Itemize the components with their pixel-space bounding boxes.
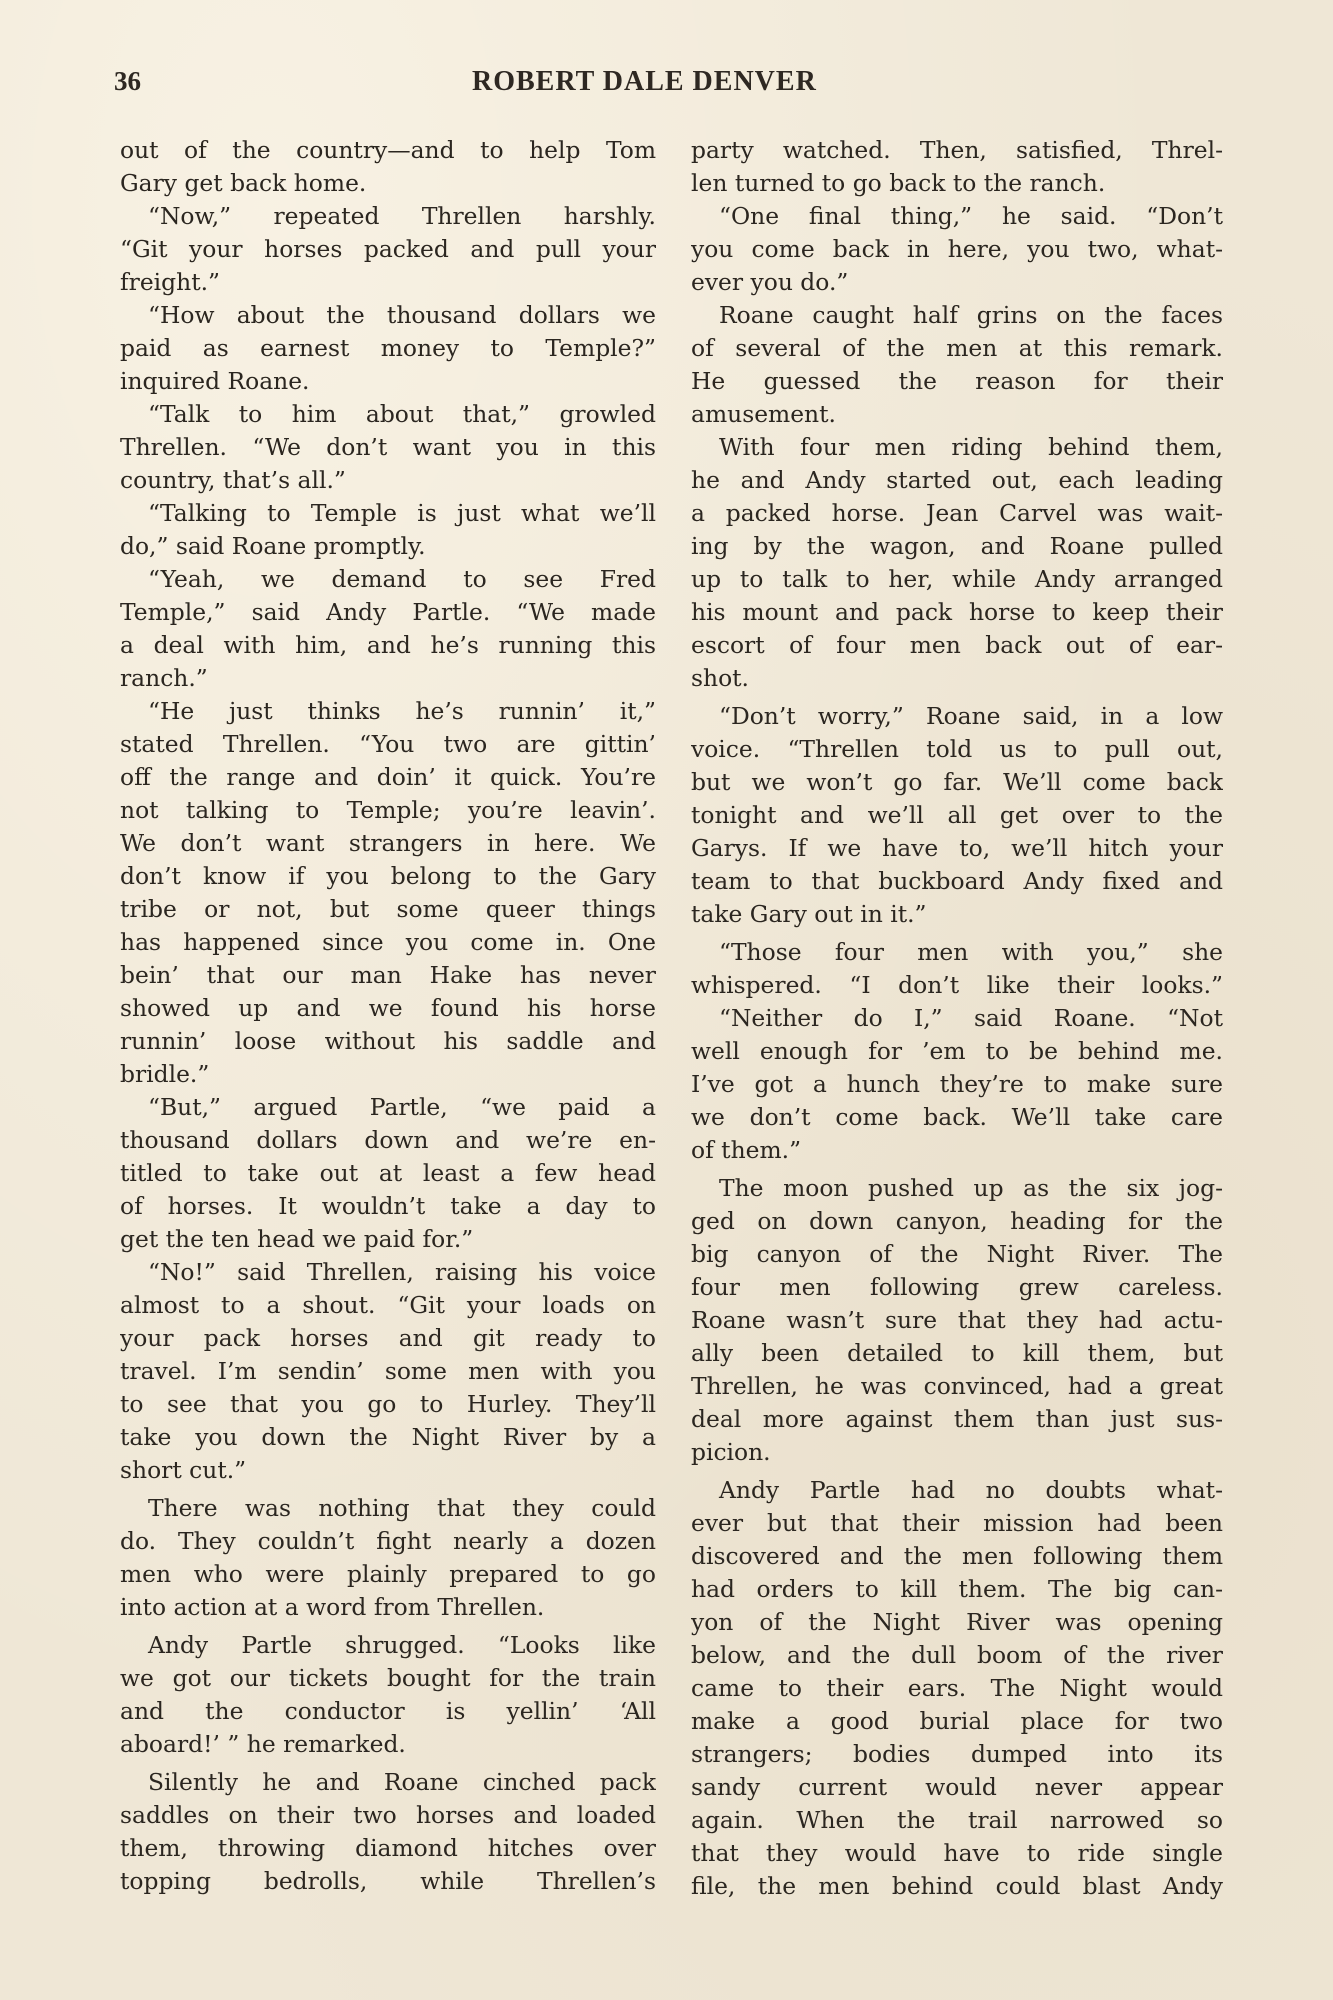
text-line-content: do. They couldn’t fight nearly a dozen xyxy=(120,1525,656,1558)
text-line-content: ally been detailed to kill them, but xyxy=(691,1337,1223,1370)
text-line-content: There was nothing that they could xyxy=(148,1492,656,1525)
text-line-content: strangers; bodies dumped into its xyxy=(691,1738,1223,1771)
text-line-content: thousand dollars down and we’re en- xyxy=(120,1124,656,1157)
text-line-content: inquired Roane. xyxy=(120,365,656,398)
text-line-content: len turned to go back to the ranch. xyxy=(691,167,1223,200)
text-line: men who were plainly prepared to go xyxy=(120,1558,656,1591)
text-line: titled to take out at least a few head xyxy=(120,1157,656,1190)
text-line: travel. I’m sendin’ some men with you xyxy=(120,1355,656,1388)
text-line-content: picion. xyxy=(691,1436,1223,1469)
text-line: don’t know if you belong to the Gary xyxy=(120,860,656,893)
page-number: 36 xyxy=(114,66,141,97)
text-line: Andy Partle shrugged. “Looks like xyxy=(120,1629,656,1662)
text-line: stated Threllen. “You two are gittin’ xyxy=(120,728,656,761)
text-line: bridle.” xyxy=(120,1058,656,1091)
text-line-content: bridle.” xyxy=(120,1058,656,1091)
text-line-content: “No!” said Threllen, raising his voice xyxy=(148,1256,656,1289)
text-line: sandy current would never appear xyxy=(691,1771,1223,1804)
text-line: ranch.” xyxy=(120,662,656,695)
text-line: yon of the Night River was opening xyxy=(691,1606,1223,1639)
running-header: 36 ROBERT DALE DENVER xyxy=(114,66,874,102)
text-line: runnin’ loose without his saddle and xyxy=(120,1025,656,1058)
text-line-content: of them.” xyxy=(691,1134,1223,1167)
text-line-content: country, that’s all.” xyxy=(120,464,656,497)
text-line-content: not talking to Temple; you’re leavin’. xyxy=(120,794,656,827)
text-line: them, throwing diamond hitches over xyxy=(120,1832,656,1865)
text-line-content: ranch.” xyxy=(120,662,656,695)
book-page: 36 ROBERT DALE DENVER out of the country… xyxy=(0,0,1333,2000)
text-line-content: travel. I’m sendin’ some men with you xyxy=(120,1355,656,1388)
text-line-content: “Neither do I,” said Roane. “Not xyxy=(719,1002,1223,1035)
text-line-content: he and Andy started out, each leading xyxy=(691,464,1223,497)
text-line-content: “Git your horses packed and pull your xyxy=(120,233,656,266)
text-line: file, the men behind could blast Andy xyxy=(691,1870,1223,1903)
text-line: well enough for ’em to be behind me. xyxy=(691,1035,1223,1068)
text-line-content: almost to a shout. “Git your loads on xyxy=(120,1289,656,1322)
text-line: topping bedrolls, while Threllen’s xyxy=(120,1865,656,1898)
text-line: get the ten head we paid for.” xyxy=(120,1223,656,1256)
text-line: off the range and doin’ it quick. You’re xyxy=(120,761,656,794)
text-line: Roane caught half grins on the faces xyxy=(691,299,1223,332)
text-line: “Yeah, we demand to see Fred xyxy=(120,563,656,596)
text-line-content: you come back in here, you two, what- xyxy=(691,233,1223,266)
text-line-content: With four men riding behind them, xyxy=(719,431,1223,464)
text-line: “Talking to Temple is just what we’ll xyxy=(120,497,656,530)
text-line: Andy Partle had no doubts what- xyxy=(691,1474,1223,1507)
text-line: Roane wasn’t sure that they had actu- xyxy=(691,1304,1223,1337)
text-line-content: I’ve got a hunch they’re to make sure xyxy=(691,1068,1223,1101)
text-line-content: “How about the thousand dollars we xyxy=(148,299,656,332)
text-line: aboard!’ ” he remarked. xyxy=(120,1728,656,1761)
text-line-content: yon of the Night River was opening xyxy=(691,1606,1223,1639)
text-line-content: a packed horse. Jean Carvel was wait- xyxy=(691,497,1223,530)
text-line: ged on down canyon, heading for the xyxy=(691,1205,1223,1238)
text-line-content: four men following grew careless. xyxy=(691,1271,1223,1304)
text-line-content: tonight and we’ll all get over to the xyxy=(691,799,1223,832)
text-line: has happened since you come in. One xyxy=(120,926,656,959)
text-line-content: voice. “Threllen told us to pull out, xyxy=(691,733,1223,766)
text-line-content: take Gary out in it.” xyxy=(691,898,1223,931)
text-line-content: “He just thinks he’s runnin’ it,” xyxy=(148,695,656,728)
text-line-content: do,” said Roane promptly. xyxy=(120,530,656,563)
text-line-content: “Talking to Temple is just what we’ll xyxy=(148,497,656,530)
text-line: “Now,” repeated Threllen harshly. xyxy=(120,200,656,233)
text-line: four men following grew careless. xyxy=(691,1271,1223,1304)
text-line: of several of the men at this remark. xyxy=(691,332,1223,365)
text-line-content: team to that buckboard Andy fixed and xyxy=(691,865,1223,898)
text-line: “Git your horses packed and pull your xyxy=(120,233,656,266)
text-line: and the conductor is yellin’ ‘All xyxy=(120,1695,656,1728)
text-line: tonight and we’ll all get over to the xyxy=(691,799,1223,832)
text-line: his mount and pack horse to keep their xyxy=(691,596,1223,629)
text-line: deal more against them than just sus- xyxy=(691,1403,1223,1436)
text-line-content: a deal with him, and he’s running this xyxy=(120,629,656,662)
text-line-content: his mount and pack horse to keep their xyxy=(691,596,1223,629)
text-line-content: bein’ that our man Hake has never xyxy=(120,959,656,992)
text-line: out of the country—and to help Tom xyxy=(120,134,656,167)
text-line-content: shot. xyxy=(691,662,1223,695)
text-line-content: take you down the Night River by a xyxy=(120,1421,656,1454)
text-line: Temple,” said Andy Partle. “We made xyxy=(120,596,656,629)
text-line-content: up to talk to her, while Andy arranged xyxy=(691,563,1223,596)
text-line: to see that you go to Hurley. They’ll xyxy=(120,1388,656,1421)
text-line-content: that they would have to ride single xyxy=(691,1837,1223,1870)
text-line-content: of horses. It wouldn’t take a day to xyxy=(120,1190,656,1223)
text-line-content: “One final thing,” he said. “Don’t xyxy=(719,200,1223,233)
text-line: Silently he and Roane cinched pack xyxy=(120,1766,656,1799)
text-line: team to that buckboard Andy fixed and xyxy=(691,865,1223,898)
text-line-content: topping bedrolls, while Threllen’s xyxy=(120,1865,656,1898)
text-line-content: below, and the dull boom of the river xyxy=(691,1639,1223,1672)
text-line-content: Roane wasn’t sure that they had actu- xyxy=(691,1304,1223,1337)
text-line: we got our tickets bought for the train xyxy=(120,1662,656,1695)
text-line: “He just thinks he’s runnin’ it,” xyxy=(120,695,656,728)
text-line-content: The moon pushed up as the six jog- xyxy=(719,1172,1223,1205)
text-line: party watched. Then, satisfied, Threl- xyxy=(691,134,1223,167)
text-line: short cut.” xyxy=(120,1454,656,1487)
text-line: ally been detailed to kill them, but xyxy=(691,1337,1223,1370)
text-line-content: He guessed the reason for their xyxy=(691,365,1223,398)
text-line-content: into action at a word from Threllen. xyxy=(120,1591,656,1624)
text-line-content: of several of the men at this remark. xyxy=(691,332,1223,365)
text-line: paid as earnest money to Temple?” xyxy=(120,332,656,365)
text-line: ever but that their mission had been xyxy=(691,1507,1223,1540)
text-line-content: file, the men behind could blast Andy xyxy=(691,1870,1223,1903)
text-line-content: make a good burial place for two xyxy=(691,1705,1223,1738)
left-text-column: out of the country—and to help TomGary g… xyxy=(120,134,656,1898)
text-line-content: paid as earnest money to Temple?” xyxy=(120,332,656,365)
text-line: “Neither do I,” said Roane. “Not xyxy=(691,1002,1223,1035)
text-line-content: “Don’t worry,” Roane said, in a low xyxy=(719,700,1223,733)
text-line: With four men riding behind them, xyxy=(691,431,1223,464)
text-line-content: your pack horses and git ready to xyxy=(120,1322,656,1355)
text-line: ing by the wagon, and Roane pulled xyxy=(691,530,1223,563)
right-text-column: party watched. Then, satisfied, Threl-le… xyxy=(691,134,1223,1903)
text-line: “Talk to him about that,” growled xyxy=(120,398,656,431)
text-line: saddles on their two horses and loaded xyxy=(120,1799,656,1832)
text-line: “One final thing,” he said. “Don’t xyxy=(691,200,1223,233)
text-line-content: short cut.” xyxy=(120,1454,656,1487)
text-line: Threllen, he was convinced, had a great xyxy=(691,1370,1223,1403)
text-line: amusement. xyxy=(691,398,1223,431)
text-line-content: but we won’t go far. We’ll come back xyxy=(691,766,1223,799)
text-line: strangers; bodies dumped into its xyxy=(691,1738,1223,1771)
text-line: again. When the trail narrowed so xyxy=(691,1804,1223,1837)
text-line-content: ing by the wagon, and Roane pulled xyxy=(691,530,1223,563)
text-line: your pack horses and git ready to xyxy=(120,1322,656,1355)
text-line-content: discovered and the men following them xyxy=(691,1540,1223,1573)
text-line-content: Andy Partle had no doubts what- xyxy=(719,1474,1223,1507)
text-line-content: aboard!’ ” he remarked. xyxy=(120,1728,656,1761)
text-line-content: we got our tickets bought for the train xyxy=(120,1662,656,1695)
text-line-content: whispered. “I don’t like their looks.” xyxy=(691,969,1223,1002)
text-line-content: and the conductor is yellin’ ‘All xyxy=(120,1695,656,1728)
text-line-content: ever but that their mission had been xyxy=(691,1507,1223,1540)
text-line-content: “Talk to him about that,” growled xyxy=(148,398,656,431)
text-line: “No!” said Threllen, raising his voice xyxy=(120,1256,656,1289)
text-line-content: Silently he and Roane cinched pack xyxy=(148,1766,656,1799)
text-line-content: saddles on their two horses and loaded xyxy=(120,1799,656,1832)
text-line-content: big canyon of the Night River. The xyxy=(691,1238,1223,1271)
text-line-content: ever you do.” xyxy=(691,266,1223,299)
text-line: of them.” xyxy=(691,1134,1223,1167)
text-line: a packed horse. Jean Carvel was wait- xyxy=(691,497,1223,530)
text-line: Gary get back home. xyxy=(120,167,656,200)
text-line: do,” said Roane promptly. xyxy=(120,530,656,563)
text-line: country, that’s all.” xyxy=(120,464,656,497)
text-line: escort of four men back out of ear- xyxy=(691,629,1223,662)
text-line-content: men who were plainly prepared to go xyxy=(120,1558,656,1591)
text-line: There was nothing that they could xyxy=(120,1492,656,1525)
text-line-content: freight.” xyxy=(120,266,656,299)
text-line: not talking to Temple; you’re leavin’. xyxy=(120,794,656,827)
text-line-content: came to their ears. The Night would xyxy=(691,1672,1223,1705)
text-line: take you down the Night River by a xyxy=(120,1421,656,1454)
text-line-content: We don’t want strangers in here. We xyxy=(120,827,656,860)
text-line: I’ve got a hunch they’re to make sure xyxy=(691,1068,1223,1101)
text-line: picion. xyxy=(691,1436,1223,1469)
text-line-content: stated Threllen. “You two are gittin’ xyxy=(120,728,656,761)
text-line: showed up and we found his horse xyxy=(120,992,656,1025)
text-line: inquired Roane. xyxy=(120,365,656,398)
text-line-content: to see that you go to Hurley. They’ll xyxy=(120,1388,656,1421)
text-line-content: again. When the trail narrowed so xyxy=(691,1804,1223,1837)
text-line: but we won’t go far. We’ll come back xyxy=(691,766,1223,799)
text-line-content: party watched. Then, satisfied, Threl- xyxy=(691,134,1223,167)
text-line: had orders to kill them. The big can- xyxy=(691,1573,1223,1606)
text-line-content: Andy Partle shrugged. “Looks like xyxy=(148,1629,656,1662)
text-line: we don’t come back. We’ll take care xyxy=(691,1101,1223,1134)
text-line: almost to a shout. “Git your loads on xyxy=(120,1289,656,1322)
text-line-content: Roane caught half grins on the faces xyxy=(719,299,1223,332)
text-line-content: runnin’ loose without his saddle and xyxy=(120,1025,656,1058)
text-line: make a good burial place for two xyxy=(691,1705,1223,1738)
text-line-content: out of the country—and to help Tom xyxy=(120,134,656,167)
text-line: “How about the thousand dollars we xyxy=(120,299,656,332)
text-line: Garys. If we have to, we’ll hitch your xyxy=(691,832,1223,865)
text-line: that they would have to ride single xyxy=(691,1837,1223,1870)
running-title: ROBERT DALE DENVER xyxy=(472,66,817,98)
text-line-content: “Yeah, we demand to see Fred xyxy=(148,563,656,596)
text-line-content: tribe or not, but some queer things xyxy=(120,893,656,926)
text-line: tribe or not, but some queer things xyxy=(120,893,656,926)
text-line: take Gary out in it.” xyxy=(691,898,1223,931)
text-line: len turned to go back to the ranch. xyxy=(691,167,1223,200)
text-line: thousand dollars down and we’re en- xyxy=(120,1124,656,1157)
text-line-content: well enough for ’em to be behind me. xyxy=(691,1035,1223,1068)
text-line-content: amusement. xyxy=(691,398,1223,431)
text-line-content: Garys. If we have to, we’ll hitch your xyxy=(691,832,1223,865)
text-line: voice. “Threllen told us to pull out, xyxy=(691,733,1223,766)
text-line: We don’t want strangers in here. We xyxy=(120,827,656,860)
text-line: “But,” argued Partle, “we paid a xyxy=(120,1091,656,1124)
text-line-content: has happened since you come in. One xyxy=(120,926,656,959)
text-line: you come back in here, you two, what- xyxy=(691,233,1223,266)
text-line: whispered. “I don’t like their looks.” xyxy=(691,969,1223,1002)
text-line-content: Threllen. “We don’t want you in this xyxy=(120,431,656,464)
text-line: freight.” xyxy=(120,266,656,299)
text-line-content: don’t know if you belong to the Gary xyxy=(120,860,656,893)
text-line: below, and the dull boom of the river xyxy=(691,1639,1223,1672)
text-line: of horses. It wouldn’t take a day to xyxy=(120,1190,656,1223)
text-line: he and Andy started out, each leading xyxy=(691,464,1223,497)
text-line-content: off the range and doin’ it quick. You’re xyxy=(120,761,656,794)
text-line-content: Temple,” said Andy Partle. “We made xyxy=(120,596,656,629)
text-line: bein’ that our man Hake has never xyxy=(120,959,656,992)
text-line-content: ged on down canyon, heading for the xyxy=(691,1205,1223,1238)
text-line-content: showed up and we found his horse xyxy=(120,992,656,1025)
text-line-content: Threllen, he was convinced, had a great xyxy=(691,1370,1223,1403)
text-line: “Those four men with you,” she xyxy=(691,936,1223,969)
text-line-content: get the ten head we paid for.” xyxy=(120,1223,656,1256)
text-line: The moon pushed up as the six jog- xyxy=(691,1172,1223,1205)
text-line: discovered and the men following them xyxy=(691,1540,1223,1573)
text-line-content: sandy current would never appear xyxy=(691,1771,1223,1804)
text-line-content: titled to take out at least a few head xyxy=(120,1157,656,1190)
text-line: big canyon of the Night River. The xyxy=(691,1238,1223,1271)
text-line-content: escort of four men back out of ear- xyxy=(691,629,1223,662)
text-line-content: them, throwing diamond hitches over xyxy=(120,1832,656,1865)
text-line: into action at a word from Threllen. xyxy=(120,1591,656,1624)
text-line-content: Gary get back home. xyxy=(120,167,656,200)
text-line-content: “Those four men with you,” she xyxy=(719,936,1223,969)
text-line: a deal with him, and he’s running this xyxy=(120,629,656,662)
text-line: ever you do.” xyxy=(691,266,1223,299)
text-line: do. They couldn’t fight nearly a dozen xyxy=(120,1525,656,1558)
text-line-content: “But,” argued Partle, “we paid a xyxy=(148,1091,656,1124)
text-line-content: “Now,” repeated Threllen harshly. xyxy=(148,200,656,233)
text-line: He guessed the reason for their xyxy=(691,365,1223,398)
text-line-content: had orders to kill them. The big can- xyxy=(691,1573,1223,1606)
text-line: came to their ears. The Night would xyxy=(691,1672,1223,1705)
text-line: shot. xyxy=(691,662,1223,695)
text-line: up to talk to her, while Andy arranged xyxy=(691,563,1223,596)
text-line-content: deal more against them than just sus- xyxy=(691,1403,1223,1436)
text-line: Threllen. “We don’t want you in this xyxy=(120,431,656,464)
text-line: “Don’t worry,” Roane said, in a low xyxy=(691,700,1223,733)
text-line-content: we don’t come back. We’ll take care xyxy=(691,1101,1223,1134)
